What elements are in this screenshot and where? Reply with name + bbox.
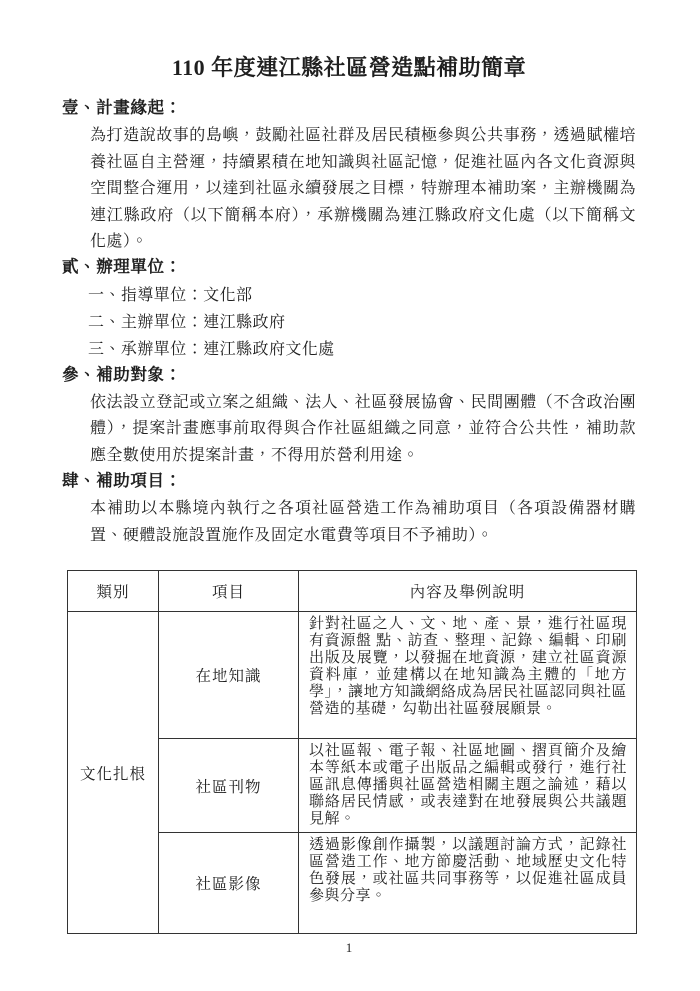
section-1-heading: 壹、計畫緣起： xyxy=(62,97,636,119)
document-page: 110 年度連江縣社區營造點補助簡章 壹、計畫緣起： 為打造說故事的島嶼，鼓勵社… xyxy=(0,0,700,991)
organizer-list: 一、指導單位：文化部 二、主辦單位：連江縣政府 三、承辦單位：連江縣政府文化處 xyxy=(88,282,636,363)
table-description-cell: 針對社區之人、文、地、產、景，進行社區現有資源盤 點、訪查、整理、記錄、編輯、印… xyxy=(299,612,637,739)
table-category-cell: 文化扎根 xyxy=(68,612,159,934)
section-3-body: 依法設立登記或立案之組織、法人、社區發展協會、民間團體（不含政治團體），提案計畫… xyxy=(90,390,636,470)
table-row: 文化扎根 在地知識 針對社區之人、文、地、產、景，進行社區現有資源盤 點、訪查、… xyxy=(68,612,637,739)
section-3-heading: 參、補助對象： xyxy=(62,364,636,386)
section-4-heading: 肆、補助項目： xyxy=(62,470,636,492)
org-list-item-guidance: 一、指導單位：文化部 xyxy=(88,282,636,309)
section-1-body: 為打造說故事的島嶼，鼓勵社區社群及居民積極參與公共事務，透過賦權培養社區自主營運… xyxy=(90,123,636,256)
table-item-cell-community-video: 社區影像 xyxy=(159,833,299,934)
page-title: 110 年度連江縣社區營造點補助簡章 xyxy=(62,54,636,81)
table-description-cell: 透過影像創作攝製，以議題討論方式，記錄社區營造工作、地方節慶活動、地域歷史文化特… xyxy=(299,833,637,934)
org-list-item-host: 二、主辦單位：連江縣政府 xyxy=(88,309,636,336)
section-2-heading: 貳、辦理單位： xyxy=(62,256,636,278)
section-4-body: 本補助以本縣境內執行之各項社區營造工作為補助項目（各項設備器材購置、硬體設施設置… xyxy=(90,496,636,549)
table-header-row: 類別 項目 內容及舉例說明 xyxy=(68,571,637,612)
table-header-description: 內容及舉例說明 xyxy=(299,571,637,612)
table-description-cell: 以社區報、電子報、社區地圖、摺頁簡介及繪本等紙本或電子出版品之編輯或發行，進行社… xyxy=(299,739,637,833)
table-header-item: 項目 xyxy=(159,571,299,612)
page-number: 1 xyxy=(62,940,636,956)
table-header-category: 類別 xyxy=(68,571,159,612)
subsidy-items-table: 類別 項目 內容及舉例說明 文化扎根 在地知識 針對社區之人、文、地、產、景，進… xyxy=(67,570,637,934)
table-item-cell-community-publication: 社區刊物 xyxy=(159,739,299,833)
org-list-item-undertaker: 三、承辦單位：連江縣政府文化處 xyxy=(88,336,636,363)
table-item-cell-local-knowledge: 在地知識 xyxy=(159,612,299,739)
